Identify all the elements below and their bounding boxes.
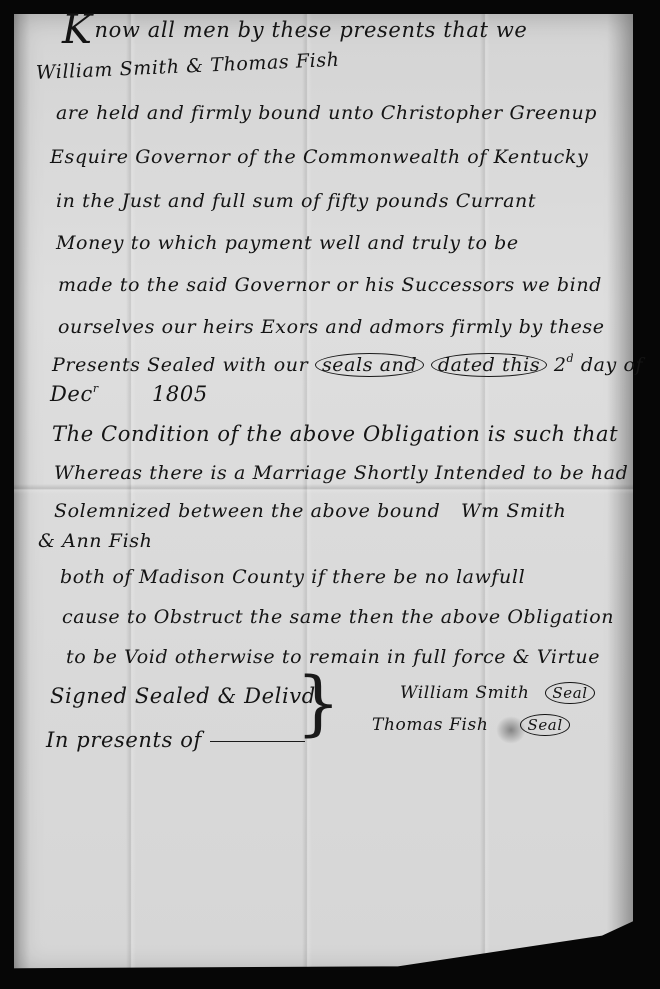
date-month: Dec [50,382,93,406]
circled-phrase-seals: seals and [315,353,424,377]
circled-phrase-dated: dated this [431,353,547,377]
bond-line-5: in the Just and full sum of fifty pounds… [56,190,536,212]
date-day: 2 [554,354,567,376]
paper-edge-shadow-left [14,14,30,974]
attestation-line-1: Signed Sealed & Delivd [50,684,316,708]
bond-line-4: Esquire Governor of the Commonwealth of … [50,146,588,168]
signature-thomas-fish: Thomas Fish Seal [372,714,570,736]
condition-line-2: Whereas there is a Marriage Shortly Inte… [54,462,628,484]
seal-mark-2: Seal [520,714,569,736]
bond-line-9-sealed-dated: Presents Sealed with our seals and dated… [52,352,643,376]
condition-line-5: both of Madison County if there be no la… [60,566,525,588]
attestation-line-2: In presents of [46,728,305,752]
attestation-brace: } [296,668,341,738]
ink-smudge [496,716,526,744]
date-year: 1805 [152,382,208,406]
signature-william-smith: William Smith Seal [400,682,595,704]
bond-line-1: Know all men by these presents that we [62,10,527,50]
bond-line-7: made to the said Governor or his Success… [58,274,602,296]
bond-line-8: ourselves our heirs Exors and admors fir… [58,316,605,338]
condition-line-6: cause to Obstruct the same then the abov… [62,606,614,628]
paper-edge-shadow-right [607,14,633,974]
bond-line-10-date: Decr 1805 [50,382,208,406]
condition-line-4-bride: & Ann Fish [38,530,152,552]
condition-line-3: Solemnized between the above bound Wm Sm… [54,500,566,522]
ornate-initial: K [62,7,92,53]
witness-blank-line [210,741,305,742]
condition-line-1: The Condition of the above Obligation is… [52,422,618,446]
groom-name: Wm Smith [461,500,566,522]
bond-line-6: Money to which payment well and truly to… [56,232,519,254]
fold-line-horizontal [14,484,633,494]
bond-line-3: are held and firmly bound unto Christoph… [56,102,597,124]
seal-mark-1: Seal [545,682,594,704]
